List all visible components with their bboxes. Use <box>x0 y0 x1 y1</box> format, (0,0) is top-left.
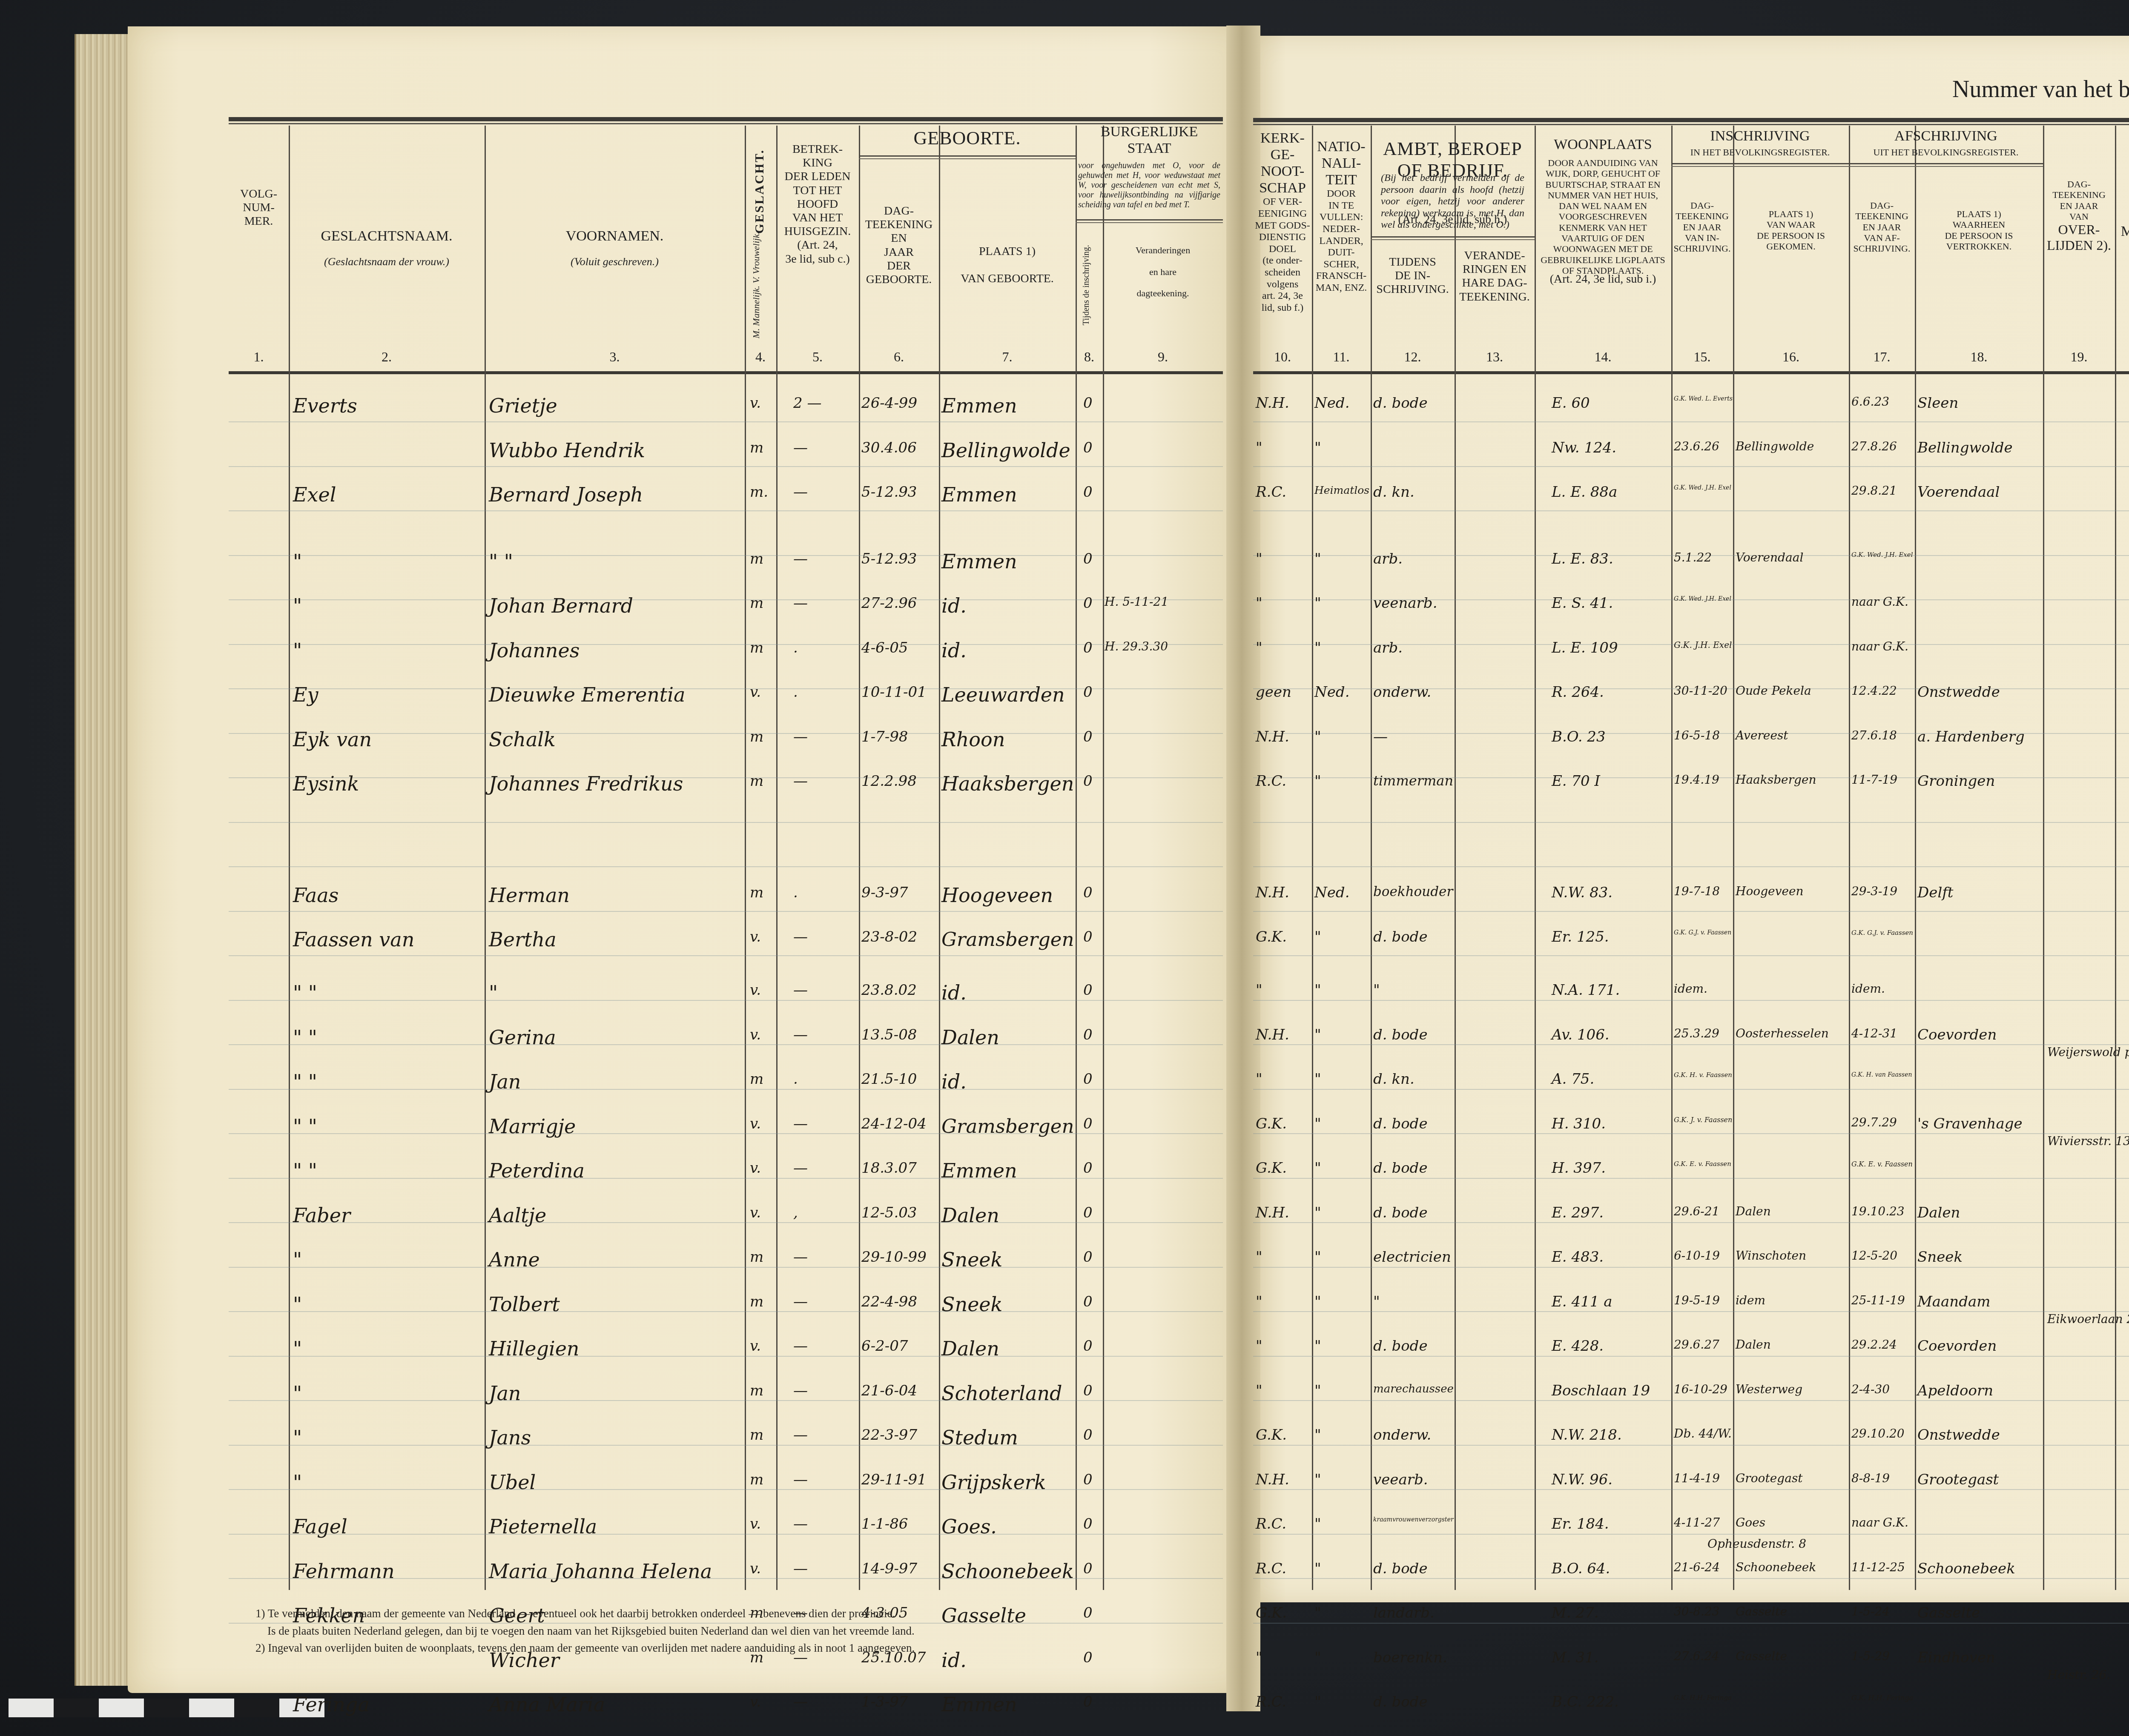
civil-status-cell: 0 <box>1083 1561 1093 1576</box>
birth-place-cell: id. <box>941 1650 967 1670</box>
residence-cell: B.C. 222. <box>1552 1695 1619 1709</box>
header-geslachtsnaam-note: (Geslachtsnaam der vrouw.) <box>289 255 485 268</box>
deregistration-date-cell: 29.7.29 <box>1851 1117 1897 1129</box>
registration-from-cell: Oosterhesselen <box>1736 1028 1829 1040</box>
deregistration-date-cell: idem. <box>1851 983 1885 995</box>
residence-cell: H. 310. <box>1552 1117 1606 1131</box>
civil-status-cell: 0 <box>1083 596 1093 610</box>
deregistration-to-cell: Onstwedde <box>1917 1428 2000 1442</box>
registration-date-cell: G.K. G.J. v. Faassen <box>1674 930 1731 936</box>
church-cell: " <box>1256 1072 1262 1086</box>
ruled-line <box>229 866 1223 867</box>
civil-status-cell: 0 <box>1083 1117 1093 1131</box>
nationality-cell: " <box>1314 1295 1321 1309</box>
deregistration-to-cell: Gasselte <box>1917 1606 1980 1620</box>
occupation-cell: arb. <box>1373 641 1403 655</box>
residence-cell: Er. 184. <box>1552 1517 1609 1531</box>
registration-date-cell: G.K. J.H. Exel <box>1674 641 1732 649</box>
header-burgerlijke-note: voor ongehuwden met O, voor de gehuwden … <box>1078 161 1220 210</box>
column-divider <box>1535 126 1536 1590</box>
birth-date-cell: 29-10-99 <box>861 1250 927 1264</box>
ruled-line <box>1253 466 2129 467</box>
nationality-cell: " <box>1314 641 1321 655</box>
nationality-cell: " <box>1314 1339 1321 1353</box>
given-names-cell: Johannes <box>489 641 580 660</box>
birth-place-cell: Haaksbergen <box>941 774 1074 794</box>
church-cell: G.K. <box>1256 930 1287 944</box>
birth-date-cell: 6-2-07 <box>861 1339 908 1353</box>
ruled-line <box>229 911 1223 912</box>
colnum-9: 9. <box>1103 349 1223 365</box>
registration-from-cell: idem <box>1736 1295 1765 1306</box>
birth-date-cell: 1-7-98 <box>861 730 908 744</box>
birth-place-cell: Emmen <box>941 1161 1017 1180</box>
deregistration-date-cell: naar G.K. <box>1851 1517 1908 1529</box>
civil-status-cell: 0 <box>1083 885 1093 900</box>
deregistration-to-cell: Delft <box>1917 885 1954 900</box>
registration-from-cell: Haaksbergen <box>1736 774 1816 786</box>
deregistration-to-cell: Sneek <box>1917 1250 1963 1264</box>
registration-date-cell: 29.6.27 <box>1674 1339 1719 1351</box>
given-names-cell: " <box>489 983 498 1003</box>
birth-place-cell: id. <box>941 1072 967 1091</box>
given-names-cell: Johannes Fredrikus <box>489 774 683 794</box>
registration-date-cell: idem. <box>1674 983 1707 995</box>
header-geboorte-plaats: PLAATS 1) VAN GEBOORTE. <box>939 245 1076 286</box>
residence-cell: N.A. 171. <box>1552 983 1620 997</box>
sex-cell: v. <box>750 1117 761 1131</box>
nationality-cell: Ned. <box>1314 885 1349 900</box>
birth-date-cell: 21-6-04 <box>861 1384 917 1398</box>
occupation-cell: " <box>1373 983 1380 997</box>
ruled-line <box>229 1311 1223 1312</box>
deregistration-date-cell: 12-5-20 <box>1851 1250 1897 1262</box>
church-cell: R.C. <box>1256 1517 1286 1531</box>
residence-cell: M. 31. <box>1552 1650 1599 1665</box>
surname-cell: " <box>293 552 302 571</box>
nationality-cell: Ned. <box>1314 396 1349 410</box>
civil-status-cell: 0 <box>1083 1250 1093 1264</box>
remarks-cell: Heistr. 26. <box>2047 1669 2110 1681</box>
occupation-cell: d. kn. <box>1373 1072 1415 1086</box>
header-inschrijving-sub: IN HET BEVOLKINGSREGISTER. <box>1671 147 1849 158</box>
residence-cell: H. 397. <box>1552 1161 1606 1175</box>
civil-status-cell: 0 <box>1083 641 1093 655</box>
deregistration-date-cell: G.K. H. van Faassen <box>1851 1072 1912 1078</box>
relation-cell: — <box>793 1117 808 1131</box>
ruled-line <box>229 822 1223 823</box>
sex-cell: m. <box>750 485 768 499</box>
church-cell: " <box>1256 441 1262 455</box>
deregistration-date-cell: 6.6.23 <box>1851 396 1889 408</box>
ruled-line <box>229 1400 1223 1401</box>
registration-date-cell: 19.4.19 <box>1674 774 1719 786</box>
nationality-cell: " <box>1314 552 1321 566</box>
nationality-cell: " <box>1314 1517 1321 1531</box>
registration-date-cell: 5.1.22 <box>1674 552 1712 564</box>
colnum-2: 2. <box>289 349 485 365</box>
registration-from-cell: Winschoten <box>1736 1250 1806 1262</box>
sex-cell: m <box>750 1472 763 1487</box>
ambt-subrule <box>1371 236 1535 238</box>
birth-place-cell: Goes. <box>941 1517 997 1536</box>
surname-cell: Fagel <box>293 1517 347 1536</box>
birth-date-cell: 23.8.02 <box>861 983 917 997</box>
birth-date-cell: 10-11-01 <box>861 685 927 699</box>
church-cell: N.H. <box>1256 730 1289 744</box>
colnum-15: 15. <box>1671 349 1733 365</box>
deregistration-to-cell: Voerendaal <box>1917 485 2000 499</box>
deregistration-to-cell: Coevorden <box>1917 1339 1997 1353</box>
nationality-cell: " <box>1314 1028 1321 1042</box>
birth-place-cell: id. <box>941 641 967 660</box>
column-divider <box>1915 126 1916 1590</box>
ruled-line <box>1253 911 2129 912</box>
birth-place-cell: Rhoon <box>941 730 1005 749</box>
sex-cell: m <box>750 885 763 900</box>
sex-cell: v. <box>750 396 761 410</box>
relation-cell: — <box>793 1250 808 1264</box>
relation-cell: — <box>793 1695 808 1709</box>
birth-date-cell: 12.2.98 <box>861 774 917 788</box>
relation-cell: . <box>793 885 798 900</box>
header-voornamen: VOORNAMEN. <box>485 228 745 244</box>
occupation-cell: — <box>1373 730 1388 744</box>
surname-cell: " <box>293 1472 302 1492</box>
civil-status-cell: 0 <box>1083 1295 1093 1309</box>
ruled-line <box>1253 866 2129 867</box>
deregistration-date-cell: naar G.K. <box>1851 641 1908 653</box>
given-names-cell: Jans <box>489 1428 531 1447</box>
surname-cell: " <box>293 1250 302 1269</box>
occupation-cell: d. bode <box>1373 1561 1428 1576</box>
surname-cell: " <box>293 596 302 616</box>
given-names-cell: Schalk <box>489 730 556 749</box>
occupation-cell: d. bode <box>1373 396 1428 410</box>
occupation-cell: d. bode <box>1373 1161 1428 1175</box>
nationality-cell: " <box>1314 596 1321 610</box>
nationality-cell: Heimatlos <box>1314 485 1369 496</box>
ruled-line <box>229 510 1223 511</box>
header-ambt-art: (Art. 24, 3e lid, sub h.) <box>1371 213 1535 226</box>
sex-cell: v. <box>750 983 761 997</box>
deregistration-date-cell: 29-3-19 <box>1851 885 1897 897</box>
birth-place-cell: Hoogeveen <box>941 885 1053 905</box>
registration-from-cell: Gasselte <box>1736 1606 1787 1618</box>
registration-date-cell: 30-11-20 <box>1674 685 1727 697</box>
civil-status-cell: 0 <box>1083 485 1093 499</box>
surname-cell: " " <box>293 983 317 1003</box>
remarks-cell: Weijerswold p/a J. Berends. <box>2047 1046 2129 1058</box>
column-divider <box>2115 126 2116 1590</box>
registration-from-cell: Oude Pekela <box>1736 685 1811 697</box>
church-cell: " <box>1256 641 1262 655</box>
header-veranderingen: Veranderingen en hare dagteekening. <box>1103 245 1223 298</box>
ruled-line <box>1253 1178 2129 1179</box>
birth-date-cell: 14-9-97 <box>861 1561 917 1576</box>
registration-date-cell: G.K. E. v. Faassen <box>1674 1161 1731 1167</box>
colnum-11: 11. <box>1312 349 1371 365</box>
relation-cell: — <box>793 1028 808 1042</box>
relation-cell: — <box>793 983 808 997</box>
deregistration-date-cell: 25-11-19 <box>1851 1295 1905 1306</box>
civil-status-cell: 0 <box>1083 774 1093 788</box>
ruled-line <box>1253 1623 2129 1624</box>
given-names-cell: Johan Bernard <box>489 596 633 616</box>
civil-status-cell: 0 <box>1083 1072 1093 1086</box>
ruled-line <box>1253 1222 2129 1223</box>
header-nationaliteit: NATIO-NALI-TEITDOORIN TEVULLEN:NEDER-LAN… <box>1312 138 1371 294</box>
sex-cell: m <box>750 1250 763 1264</box>
ruled-line <box>1253 1356 2129 1357</box>
colnum-8: 8. <box>1076 349 1103 365</box>
birth-place-cell: Emmen <box>941 552 1017 571</box>
occupation-cell: marechaussee <box>1373 1384 1454 1395</box>
surname-cell: Everts <box>293 396 357 415</box>
deregistration-date-cell: naar G.K. <box>1851 596 1908 608</box>
sex-cell: v. <box>750 1206 761 1220</box>
civil-status-cell: 0 <box>1083 1206 1093 1220</box>
sex-cell: v. <box>750 1517 761 1531</box>
church-cell: N.H. <box>1256 1028 1289 1042</box>
geboorte-subrule <box>859 155 1076 157</box>
sex-cell: m <box>750 730 763 744</box>
registration-date-cell: 23.6.26 <box>1674 441 1719 453</box>
registration-date-cell: Db. 44/W. <box>1674 1428 1732 1440</box>
birth-place-cell: id. <box>941 596 967 616</box>
registration-date-cell: 16-10-29 <box>1674 1384 1727 1395</box>
colnum-19: 19. <box>2043 349 2115 365</box>
residence-cell: Boschlaan 19 <box>1552 1384 1650 1398</box>
relation-cell: — <box>793 730 808 744</box>
surname-cell: " " <box>293 1028 317 1047</box>
header-aanmerkingen-note: (Art. 24, 5e lid.) <box>2115 255 2129 263</box>
registration-from-cell: Grootegast <box>1736 1472 1803 1484</box>
nationality-cell: " <box>1314 930 1321 944</box>
occupation-cell: landarb. <box>1373 1606 1435 1620</box>
occupation-cell: electricien <box>1373 1250 1451 1264</box>
residence-cell: E. 428. <box>1552 1339 1604 1353</box>
colnum-14: 14. <box>1535 349 1671 365</box>
registration-date-cell: 27.6.24 <box>1674 1650 1719 1662</box>
residence-cell: Er. 125. <box>1552 930 1609 944</box>
header-aanmerkingen: AAN-MERKINGEN. <box>2115 206 2129 240</box>
column-divider <box>745 126 746 1590</box>
surname-cell: " <box>293 1295 302 1314</box>
deregistration-date-cell: 1-5-24 <box>1851 1606 1890 1618</box>
civil-status-cell: 0 <box>1083 983 1093 997</box>
registration-date-cell: 11-4-19 <box>1674 1472 1720 1484</box>
column-divider <box>1371 126 1372 1590</box>
church-cell: " <box>1256 596 1262 610</box>
residence-cell: E. S. 41. <box>1552 596 1613 610</box>
birth-date-cell: 29-11-91 <box>861 1472 927 1487</box>
civil-status-cell: 0 <box>1083 1428 1093 1442</box>
header-volgnummer: VOLG-NUM-MER. <box>229 187 289 229</box>
deregistration-to-cell: Dalen <box>1917 1206 1960 1220</box>
birth-place-cell: id. <box>941 983 967 1003</box>
registration-from-cell: Gasselte <box>1736 1650 1787 1662</box>
surname-cell: Faassen van <box>293 930 414 949</box>
civil-status-cell: 0 <box>1083 1650 1093 1665</box>
birth-date-cell: 23-8-02 <box>861 930 917 944</box>
relation-cell: — <box>793 1339 808 1353</box>
relation-cell: — <box>793 1561 808 1576</box>
ruled-line <box>1253 1445 2129 1446</box>
occupation-cell: arb. <box>1373 552 1403 566</box>
sex-cell: v. <box>750 930 761 944</box>
surname-cell: Faas <box>293 885 339 905</box>
sheet-number-label: Nummer van het blad <box>1952 76 2129 103</box>
given-names-cell: Gerina <box>489 1028 556 1047</box>
header-geslacht-note: M. Mannelijk. V. Vrouwelijk. <box>751 230 762 341</box>
occupation-cell: d. bode <box>1373 1206 1428 1220</box>
inschrijving-subrule <box>1671 163 1849 164</box>
registration-from-cell: Bellingwolde <box>1736 441 1814 453</box>
given-names-cell: Jan <box>489 1384 521 1403</box>
registration-from-cell: Schoonebeek <box>1736 1561 1816 1573</box>
ruled-line <box>1253 1578 2129 1579</box>
birth-date-cell: 30.4.06 <box>861 441 917 455</box>
deregistration-date-cell: 29.2.24 <box>1851 1339 1897 1351</box>
surname-cell: Eyk van <box>293 730 372 749</box>
deregistration-date-cell: 2-4-30 <box>1851 1384 1890 1395</box>
residence-cell: E. 483. <box>1552 1250 1604 1264</box>
registration-from-cell: Voerendaal <box>1736 552 1803 564</box>
given-names-cell: " " <box>489 552 513 571</box>
nationality-cell: " <box>1314 1117 1321 1131</box>
column-divider <box>485 126 486 1590</box>
header-inschrijving-plaats: PLAATS 1)VAN WAARDE PERSOON ISGEKOMEN. <box>1733 209 1849 252</box>
footnote-1b: Is de plaats buiten Nederland gelegen, d… <box>255 1622 915 1640</box>
deregistration-date-cell: 19.10.23 <box>1851 1206 1905 1217</box>
birth-date-cell: 4-6-05 <box>861 641 908 655</box>
birth-date-cell: 5-12.93 <box>861 552 917 566</box>
ruled-line <box>229 1044 1223 1045</box>
ruled-line <box>1253 955 2129 956</box>
registration-date-cell: 16-5-18 <box>1674 730 1720 742</box>
ruled-line <box>1253 822 2129 823</box>
header-betrekking: BETREK-KINGDER LEDENTOT HETHOOFDVAN HETH… <box>776 143 859 266</box>
birth-place-cell: Dalen <box>941 1339 999 1358</box>
birth-place-cell: Gramsbergen <box>941 1117 1074 1136</box>
nationality-cell: " <box>1314 1561 1321 1576</box>
residence-cell: Av. 106. <box>1552 1028 1610 1042</box>
registration-date-cell: G.K. H.H. Feringa <box>1674 1695 1732 1701</box>
column-divider <box>1849 126 1850 1590</box>
surname-cell: " <box>293 1384 302 1403</box>
given-names-cell: Maria Johanna Helena <box>489 1561 712 1581</box>
residence-cell: M. 27. <box>1552 1606 1599 1620</box>
deregistration-date-cell: 11-12-25 <box>1851 1561 1905 1573</box>
relation-cell: — <box>793 1472 808 1487</box>
header-overlijden: DAG-TEEKENINGEN JAARVANOVER-LIJDEN 2). <box>2043 179 2115 253</box>
burgerlijke-subrule <box>1076 219 1223 221</box>
birth-place-cell: Emmen <box>941 1695 1017 1714</box>
civil-status-cell: 0 <box>1083 685 1093 699</box>
column-divider <box>859 126 860 1590</box>
residence-cell: L. E. 109 <box>1552 641 1618 655</box>
surname-cell: " " <box>293 1161 317 1180</box>
surname-cell: Exel <box>293 485 336 504</box>
occupation-cell: d. bode <box>1373 1117 1428 1131</box>
occupation-cell: veenarb. <box>1373 596 1437 610</box>
header-tijdens-inschrijving: Tijdens de inschrijving. <box>1082 238 1091 332</box>
colnum-16: 16. <box>1733 349 1849 365</box>
nationality-cell: " <box>1314 1206 1321 1220</box>
ruled-line <box>229 599 1223 600</box>
header-afschrijving-datum: DAG-TEEKENINGEN JAARVAN AF-SCHRIJVING. <box>1849 200 1915 254</box>
birth-place-cell: Schoonebeek <box>941 1561 1074 1581</box>
sex-cell: m <box>750 552 763 566</box>
nationality-cell: " <box>1314 1695 1321 1709</box>
scale-calibration-bar-lower <box>9 1717 324 1736</box>
given-names-cell: Jan <box>489 1072 521 1091</box>
deregistration-date-cell: G.K. H.H. Feringa <box>1851 1695 1913 1702</box>
surname-cell: " " <box>293 1072 317 1091</box>
civil-status-cell: 0 <box>1083 930 1093 944</box>
nationality-cell: " <box>1314 730 1321 744</box>
deregistration-date-cell: G.K. Wed. J.H. Exel <box>1851 552 1913 558</box>
sex-cell: m <box>750 641 763 655</box>
registration-date-cell: 21-6-24 <box>1674 1561 1720 1573</box>
civil-status-cell: 0 <box>1083 1517 1093 1531</box>
sex-cell: m <box>750 596 763 610</box>
birth-place-cell: Emmen <box>941 485 1017 504</box>
deregistration-date-cell: 1-5-29 <box>1851 1650 1890 1662</box>
church-cell: " <box>1256 1250 1262 1264</box>
given-names-cell: Anna Maria <box>489 1695 605 1714</box>
colnum-1: 1. <box>229 349 289 365</box>
relation-cell: , <box>793 1206 798 1220</box>
sex-cell: v. <box>750 1028 761 1042</box>
residence-cell: A. 75. <box>1552 1072 1594 1086</box>
column-divider <box>939 126 940 1590</box>
birth-date-cell: 21.5-10 <box>861 1072 917 1086</box>
colnum-17: 17. <box>1849 349 1915 365</box>
registration-extra-cell: Opheusdenstr. 8 <box>1707 1538 1806 1550</box>
deregistration-to-cell: Maandam <box>1917 1295 1991 1309</box>
ruled-line <box>1253 1044 2129 1045</box>
occupation-cell: onderw. <box>1373 1428 1431 1442</box>
church-cell: R.C. <box>1256 485 1286 499</box>
column-divider <box>776 126 778 1590</box>
residence-cell: N.W. 96. <box>1552 1472 1613 1487</box>
church-cell: R.C. <box>1256 1561 1286 1576</box>
ruled-line <box>229 955 1223 956</box>
birth-date-cell: 22-4-98 <box>861 1295 917 1309</box>
church-cell: " <box>1256 1295 1262 1309</box>
registration-from-cell: Dalen <box>1736 1206 1771 1217</box>
surname-cell: " " <box>293 1117 317 1136</box>
sex-cell: v. <box>750 1339 761 1353</box>
colnum-13: 13. <box>1455 349 1535 365</box>
relation-cell: — <box>793 552 808 566</box>
relation-cell: — <box>793 1384 808 1398</box>
civil-status-cell: 0 <box>1083 730 1093 744</box>
header-ambt-veranderingen: VERANDE-RINGEN ENHARE DAG-TEEKENING. <box>1455 249 1535 304</box>
residence-cell: Nw. 124. <box>1552 441 1616 455</box>
deregistration-date-cell: 4-12-31 <box>1851 1028 1897 1040</box>
colnum-12: 12. <box>1371 349 1455 365</box>
colnum-4: 4. <box>745 349 776 365</box>
birth-date-cell: 24-12-04 <box>861 1117 927 1131</box>
church-cell: R.C. <box>1256 774 1286 788</box>
header-geslacht: GESLACHT. <box>752 140 767 243</box>
column-divider <box>1312 126 1313 1590</box>
deregistration-date-cell: G.K. G.J. v. Faassen <box>1851 930 1913 936</box>
nationality-cell: " <box>1314 983 1321 997</box>
